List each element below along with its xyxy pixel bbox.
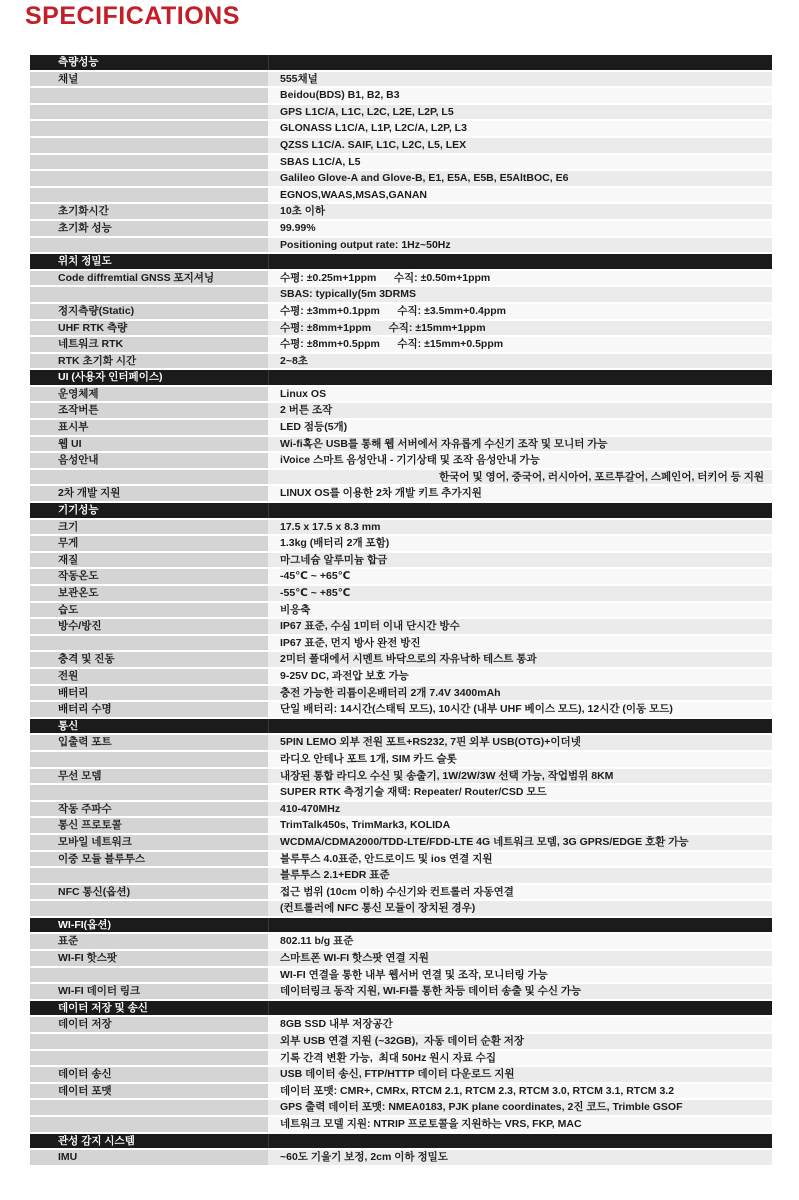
- spec-label: [30, 238, 268, 253]
- table-row: NFC 통신(옵션)접근 범위 (10cm 이하) 수신기와 컨트롤러 자동연결: [30, 885, 772, 902]
- spec-value: GPS L1C/A, L1C, L2C, L2E, L2P, L5: [268, 105, 772, 120]
- table-row: 배터리충전 가능한 리튬이온배터리 2개 7.4V 3400mAh: [30, 686, 772, 703]
- table-row: 재질마그네슘 알루미늄 합금: [30, 553, 772, 570]
- spec-label: [30, 968, 268, 983]
- spec-label: 데이터 저장: [30, 1017, 268, 1032]
- spec-value: 1.3kg (배터리 2개 포함): [268, 536, 772, 551]
- spec-value: 17.5 x 17.5 x 8.3 mm: [268, 520, 772, 535]
- table-row: UHF RTK 측량수평: ±8mm+1ppm 수직: ±15mm+1ppm: [30, 321, 772, 338]
- spec-label: [30, 1051, 268, 1066]
- spec-value: Beidou(BDS) B1, B2, B3: [268, 88, 772, 103]
- table-row: 이중 모듈 블루투스블루투스 4.0표준, 안드로이드 및 ios 연결 지원: [30, 852, 772, 869]
- spec-label: [30, 287, 268, 302]
- spec-label: WI-FI 데이터 링크: [30, 984, 268, 999]
- spec-value: SBAS: typically(5m 3DRMS: [268, 287, 772, 302]
- spec-value: IP67 표준, 수심 1미터 이내 단시간 방수: [268, 619, 772, 634]
- spec-label: 데이터 송신: [30, 1067, 268, 1082]
- spec-value: QZSS L1C/A. SAIF, L1C, L2C, L5, LEX: [268, 138, 772, 153]
- spec-value: Wi-fi혹은 USB를 통해 웹 서버에서 자유롭게 수신기 조작 및 모니터…: [268, 437, 772, 452]
- spec-label: 네트워크 RTK: [30, 337, 268, 352]
- spec-value: GLONASS L1C/A, L1P, L2C/A, L2P, L3: [268, 121, 772, 136]
- section-header: 측량성능: [30, 55, 772, 72]
- table-row: Beidou(BDS) B1, B2, B3: [30, 88, 772, 105]
- table-row: WI-FI 데이터 링크데이터링크 동작 지원, WI-FI를 통한 차등 데이…: [30, 984, 772, 1001]
- table-row: WI-FI 연결을 통한 내부 웹서버 연결 및 조작, 모니터링 가능: [30, 968, 772, 985]
- spec-value: 스마트폰 WI-FI 핫스팟 연결 지원: [268, 951, 772, 966]
- spec-label: [30, 752, 268, 767]
- table-row: 데이터 송신USB 데이터 송신, FTP/HTTP 데이터 다운로드 지원: [30, 1067, 772, 1084]
- spec-label: [30, 171, 268, 186]
- spec-value: 802.11 b/g 표준: [268, 934, 772, 949]
- spec-value: ~60도 기울기 보정, 2cm 이하 정밀도: [268, 1150, 772, 1165]
- spec-value: 555채널: [268, 72, 772, 87]
- spec-label: 무선 모뎀: [30, 769, 268, 784]
- spec-value: 수평: ±0.25m+1ppm 수직: ±0.50m+1ppm: [268, 271, 772, 286]
- spec-value: 기록 간격 변환 가능, 최대 50Hz 원시 자료 수집: [268, 1051, 772, 1066]
- spec-label: [30, 188, 268, 203]
- table-row: 웹 UIWi-fi혹은 USB를 통해 웹 서버에서 자유롭게 수신기 조작 및…: [30, 437, 772, 454]
- spec-label: 음성안내: [30, 453, 268, 468]
- spec-value: 외부 USB 연결 지원 (~32GB), 자동 데이터 순환 저장: [268, 1034, 772, 1049]
- table-row: 모바일 네트워크WCDMA/CDMA2000/TDD-LTE/FDD-LTE 4…: [30, 835, 772, 852]
- table-row: 작동 주파수410-470MHz: [30, 802, 772, 819]
- spec-value: -45℃ ~ +65℃: [268, 569, 772, 584]
- spec-value: 한국어 및 영어, 중국어, 러시아어, 포르투갈어, 스페인어, 터키어 등 …: [268, 470, 772, 485]
- table-row: 라디오 안테나 포트 1개, SIM 카드 슬롯: [30, 752, 772, 769]
- spec-label: 크기: [30, 520, 268, 535]
- table-row: RTK 초기화 시간2~8초: [30, 354, 772, 371]
- spec-value: 접근 범위 (10cm 이하) 수신기와 컨트롤러 자동연결: [268, 885, 772, 900]
- spec-label: [30, 88, 268, 103]
- spec-label: 방수/방진: [30, 619, 268, 634]
- spec-value: 단일 배터리: 14시간(스태틱 모드), 10시간 (내부 UHF 베이스 모…: [268, 702, 772, 717]
- table-row: 무게1.3kg (배터리 2개 포함): [30, 536, 772, 553]
- table-row: 네트워크 RTK수평: ±8mm+0.5ppm 수직: ±15mm+0.5ppm: [30, 337, 772, 354]
- spec-label: [30, 1100, 268, 1115]
- table-row: GLONASS L1C/A, L1P, L2C/A, L2P, L3: [30, 121, 772, 138]
- section-header: 통신: [30, 719, 772, 736]
- table-row: IP67 표준, 먼지 방사 완전 방진: [30, 636, 772, 653]
- table-row: 음성안내iVoice 스마트 음성안내 - 기기상태 및 조작 음성안내 가능: [30, 453, 772, 470]
- spec-value: 내장된 통합 라디오 수신 및 송출기, 1W/2W/3W 선택 가능, 작업범…: [268, 769, 772, 784]
- spec-value: 99.99%: [268, 221, 772, 236]
- spec-value: WCDMA/CDMA2000/TDD-LTE/FDD-LTE 4G 네트워크 모…: [268, 835, 772, 850]
- spec-label: [30, 470, 268, 485]
- table-row: Galileo Glove-A and Glove-B, E1, E5A, E5…: [30, 171, 772, 188]
- table-row: 데이터 포맷데이터 포맷: CMR+, CMRx, RTCM 2.1, RTCM…: [30, 1084, 772, 1101]
- spec-value: 5PIN LEMO 외부 전원 포트+RS232, 7핀 외부 USB(OTG)…: [268, 735, 772, 750]
- spec-label: 운영체제: [30, 387, 268, 402]
- spec-value: (컨트롤러에 NFC 통신 모듈이 장치된 경우): [268, 901, 772, 916]
- table-row: SBAS L1C/A, L5: [30, 155, 772, 172]
- spec-label: [30, 868, 268, 883]
- spec-label: [30, 155, 268, 170]
- table-row: 초기화시간10초 이하: [30, 204, 772, 221]
- spec-value: Positioning output rate: 1Hz~50Hz: [268, 238, 772, 253]
- table-row: GPS 출력 데이터 포맷: NMEA0183, PJK plane coord…: [30, 1100, 772, 1117]
- spec-label: 전원: [30, 669, 268, 684]
- section-header: 위치 정밀도: [30, 254, 772, 271]
- spec-label: 채널: [30, 72, 268, 87]
- spec-label: [30, 901, 268, 916]
- spec-value: 데이터링크 동작 지원, WI-FI를 통한 차등 데이터 송출 및 수신 가능: [268, 984, 772, 999]
- section-header: 데이터 저장 및 송신: [30, 1001, 772, 1018]
- table-row: 입출력 포트5PIN LEMO 외부 전원 포트+RS232, 7핀 외부 US…: [30, 735, 772, 752]
- spec-label: [30, 121, 268, 136]
- spec-value: 2 버튼 조작: [268, 403, 772, 418]
- spec-label: 보관온도: [30, 586, 268, 601]
- table-row: GPS L1C/A, L1C, L2C, L2E, L2P, L5: [30, 105, 772, 122]
- spec-value: 9-25V DC, 과전압 보호 가능: [268, 669, 772, 684]
- spec-value: EGNOS,WAAS,MSAS,GANAN: [268, 188, 772, 203]
- spec-label: [30, 785, 268, 800]
- spec-value: 마그네슘 알루미늄 합금: [268, 553, 772, 568]
- spec-value: 충전 가능한 리튬이온배터리 2개 7.4V 3400mAh: [268, 686, 772, 701]
- table-row: EGNOS,WAAS,MSAS,GANAN: [30, 188, 772, 205]
- spec-label: 데이터 포맷: [30, 1084, 268, 1099]
- spec-value: 수평: ±8mm+1ppm 수직: ±15mm+1ppm: [268, 321, 772, 336]
- spec-value: IP67 표준, 먼지 방사 완전 방진: [268, 636, 772, 651]
- spec-value: TrimTalk450s, TrimMark3, KOLIDA: [268, 818, 772, 833]
- spec-label: [30, 1117, 268, 1132]
- spec-label: 무게: [30, 536, 268, 551]
- spec-value: 네트워크 모델 지원: NTRIP 프로토콜을 지원하는 VRS, FKP, M…: [268, 1117, 772, 1132]
- spec-label: RTK 초기화 시간: [30, 354, 268, 369]
- table-row: 표시부LED 점등(5개): [30, 420, 772, 437]
- spec-label: IMU: [30, 1150, 268, 1165]
- table-row: Positioning output rate: 1Hz~50Hz: [30, 238, 772, 255]
- table-row: 기록 간격 변환 가능, 최대 50Hz 원시 자료 수집: [30, 1051, 772, 1068]
- table-row: QZSS L1C/A. SAIF, L1C, L2C, L5, LEX: [30, 138, 772, 155]
- table-row: SBAS: typically(5m 3DRMS: [30, 287, 772, 304]
- table-row: 충격 및 진동2미터 폴대에서 시멘트 바닥으로의 자유낙하 테스트 통과: [30, 652, 772, 669]
- table-row: 통신 프로토콜TrimTalk450s, TrimMark3, KOLIDA: [30, 818, 772, 835]
- table-row: 표준802.11 b/g 표준: [30, 934, 772, 951]
- spec-label: [30, 636, 268, 651]
- spec-label: Code diffremtial GNSS 포지셔닝: [30, 271, 268, 286]
- spec-label: NFC 통신(옵션): [30, 885, 268, 900]
- spec-label: 웹 UI: [30, 437, 268, 452]
- table-row: 배터리 수명단일 배터리: 14시간(스태틱 모드), 10시간 (내부 UHF…: [30, 702, 772, 719]
- spec-label: 표시부: [30, 420, 268, 435]
- table-row: 데이터 저장8GB SSD 내부 저장공간: [30, 1017, 772, 1034]
- spec-label: [30, 138, 268, 153]
- page-title: SPECIFICATIONS: [25, 2, 240, 31]
- spec-value: Linux OS: [268, 387, 772, 402]
- table-row: 정지측량(Static)수평: ±3mm+0.1ppm 수직: ±3.5mm+0…: [30, 304, 772, 321]
- spec-label: UHF RTK 측량: [30, 321, 268, 336]
- spec-value: LINUX OS를 이용한 2차 개발 키트 추가지원: [268, 486, 772, 501]
- spec-label: 작동온도: [30, 569, 268, 584]
- spec-label: 이중 모듈 블루투스: [30, 852, 268, 867]
- table-row: 보관온도-55℃ ~ +85℃: [30, 586, 772, 603]
- table-row: 초기화 성능99.99%: [30, 221, 772, 238]
- spec-label: 모바일 네트워크: [30, 835, 268, 850]
- table-row: 조작버튼2 버튼 조작: [30, 403, 772, 420]
- spec-label: 충격 및 진동: [30, 652, 268, 667]
- spec-label: 배터리: [30, 686, 268, 701]
- section-header: 관성 감지 시스템: [30, 1134, 772, 1151]
- spec-label: 재질: [30, 553, 268, 568]
- spec-label: 습도: [30, 603, 268, 618]
- section-header: 기기성능: [30, 503, 772, 520]
- spec-value: iVoice 스마트 음성안내 - 기기상태 및 조작 음성안내 가능: [268, 453, 772, 468]
- spec-table: 측량성능채널555채널Beidou(BDS) B1, B2, B3GPS L1C…: [30, 55, 772, 1167]
- spec-label: 정지측량(Static): [30, 304, 268, 319]
- spec-value: SBAS L1C/A, L5: [268, 155, 772, 170]
- table-row: IMU~60도 기울기 보정, 2cm 이하 정밀도: [30, 1150, 772, 1167]
- spec-label: [30, 1034, 268, 1049]
- table-row: 크기17.5 x 17.5 x 8.3 mm: [30, 520, 772, 537]
- spec-value: USB 데이터 송신, FTP/HTTP 데이터 다운로드 지원: [268, 1067, 772, 1082]
- section-header: WI-FI(옵션): [30, 918, 772, 935]
- spec-value: 8GB SSD 내부 저장공간: [268, 1017, 772, 1032]
- table-row: 한국어 및 영어, 중국어, 러시아어, 포르투갈어, 스페인어, 터키어 등 …: [30, 470, 772, 487]
- spec-value: 비응축: [268, 603, 772, 618]
- spec-value: SUPER RTK 측정기술 재택: Repeater/ Router/CSD …: [268, 785, 772, 800]
- spec-label: 배터리 수명: [30, 702, 268, 717]
- spec-value: WI-FI 연결을 통한 내부 웹서버 연결 및 조작, 모니터링 가능: [268, 968, 772, 983]
- table-row: WI-FI 핫스팟스마트폰 WI-FI 핫스팟 연결 지원: [30, 951, 772, 968]
- spec-label: 표준: [30, 934, 268, 949]
- table-row: 방수/방진IP67 표준, 수심 1미터 이내 단시간 방수: [30, 619, 772, 636]
- spec-value: 라디오 안테나 포트 1개, SIM 카드 슬롯: [268, 752, 772, 767]
- section-header: UI (사용자 인터페이스): [30, 370, 772, 387]
- table-row: 2차 개발 지원LINUX OS를 이용한 2차 개발 키트 추가지원: [30, 486, 772, 503]
- spec-value: 410-470MHz: [268, 802, 772, 817]
- spec-label: 작동 주파수: [30, 802, 268, 817]
- table-row: 무선 모뎀내장된 통합 라디오 수신 및 송출기, 1W/2W/3W 선택 가능…: [30, 769, 772, 786]
- spec-value: 수평: ±3mm+0.1ppm 수직: ±3.5mm+0.4ppm: [268, 304, 772, 319]
- table-row: SUPER RTK 측정기술 재택: Repeater/ Router/CSD …: [30, 785, 772, 802]
- spec-value: -55℃ ~ +85℃: [268, 586, 772, 601]
- spec-label: 2차 개발 지원: [30, 486, 268, 501]
- spec-label: 조작버튼: [30, 403, 268, 418]
- table-row: 습도비응축: [30, 603, 772, 620]
- spec-label: 입출력 포트: [30, 735, 268, 750]
- table-row: 외부 USB 연결 지원 (~32GB), 자동 데이터 순환 저장: [30, 1034, 772, 1051]
- spec-value: 데이터 포맷: CMR+, CMRx, RTCM 2.1, RTCM 2.3, …: [268, 1084, 772, 1099]
- spec-label: 초기화시간: [30, 204, 268, 219]
- spec-value: 2미터 폴대에서 시멘트 바닥으로의 자유낙하 테스트 통과: [268, 652, 772, 667]
- spec-value: 2~8초: [268, 354, 772, 369]
- table-row: 네트워크 모델 지원: NTRIP 프로토콜을 지원하는 VRS, FKP, M…: [30, 1117, 772, 1134]
- spec-value: 10초 이하: [268, 204, 772, 219]
- spec-label: WI-FI 핫스팟: [30, 951, 268, 966]
- table-row: Code diffremtial GNSS 포지셔닝수평: ±0.25m+1pp…: [30, 271, 772, 288]
- table-row: 운영체제Linux OS: [30, 387, 772, 404]
- table-row: 블루투스 2.1+EDR 표준: [30, 868, 772, 885]
- spec-label: 통신 프로토콜: [30, 818, 268, 833]
- spec-value: 블루투스 4.0표준, 안드로이드 및 ios 연결 지원: [268, 852, 772, 867]
- table-row: (컨트롤러에 NFC 통신 모듈이 장치된 경우): [30, 901, 772, 918]
- spec-value: LED 점등(5개): [268, 420, 772, 435]
- spec-value: Galileo Glove-A and Glove-B, E1, E5A, E5…: [268, 171, 772, 186]
- spec-label: [30, 105, 268, 120]
- spec-value: 수평: ±8mm+0.5ppm 수직: ±15mm+0.5ppm: [268, 337, 772, 352]
- spec-value: GPS 출력 데이터 포맷: NMEA0183, PJK plane coord…: [268, 1100, 772, 1115]
- table-row: 전원9-25V DC, 과전압 보호 가능: [30, 669, 772, 686]
- spec-label: 초기화 성능: [30, 221, 268, 236]
- table-row: 작동온도-45℃ ~ +65℃: [30, 569, 772, 586]
- spec-value: 블루투스 2.1+EDR 표준: [268, 868, 772, 883]
- table-row: 채널555채널: [30, 72, 772, 89]
